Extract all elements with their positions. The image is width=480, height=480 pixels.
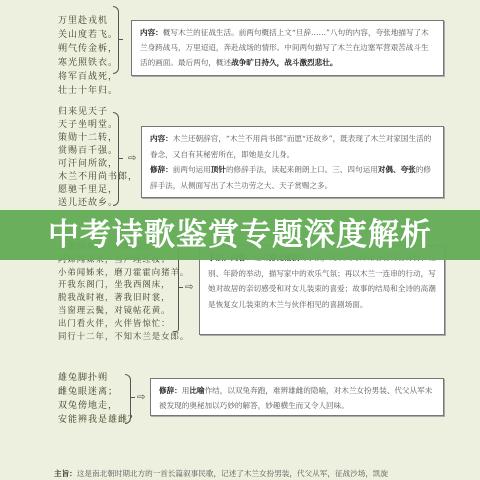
note-emphasis: 顶针 <box>211 165 226 174</box>
note-label: 修辞： <box>159 386 182 395</box>
arrow-icon: ⇨ <box>128 154 136 164</box>
note-box-4: 修辞：用比喻作结，以双兔奔跑，难辨雄雌的隐喻，对木兰女扮男装、代父从军未被发现的… <box>150 378 444 416</box>
brace-tip-4 <box>131 397 135 398</box>
brace-tip-1 <box>119 39 123 40</box>
note-text: 的修辞手法，读起来朗朗上口。三、四句运用 <box>226 165 378 174</box>
poem-line: 脱我战时袍，著我旧时裳， <box>58 291 189 304</box>
note-text: 木兰还朝辞官，“木兰不用尚书郎”而愿“还故乡”，既表现了木兰对家国生活的眷念，又… <box>150 134 431 159</box>
note-emphasis: 对偶、夸张 <box>378 165 416 174</box>
arrow-icon: ⇨ <box>137 393 145 403</box>
poem-line: 赏赐百千强。 <box>58 145 138 158</box>
poem-line: 天子坐明堂。 <box>58 119 138 132</box>
poem-line: 朔气传金柝， <box>58 42 118 56</box>
brace-tip-3 <box>179 287 183 288</box>
poem-line: 木兰不用尚书郎， <box>58 171 138 184</box>
footer-text: 这是南北朝时期北方的一首长篇叙事民歌，记述了木兰女扮男装，代父从军，征战沙场，凯… <box>77 469 388 478</box>
poem-line: 将军百战死， <box>58 70 118 84</box>
note-text: 前两句运用 <box>173 165 211 174</box>
poem-line: 出门看火伴，火伴皆惊忙： <box>58 317 189 330</box>
arrow-icon: ⇨ <box>185 283 193 293</box>
note-label: 内容： <box>140 28 163 37</box>
poem-line: 同行十二年，不知木兰是女郎。 <box>58 330 189 343</box>
poem-line: 小弟闻姊来，磨刀霍霍向猪羊。 <box>58 266 189 279</box>
poem-stanza-1: 万里赴戎机 关山度若飞。 朔气传金柝， 寒光照铁衣。 将军百战死， 壮士十年归。 <box>58 14 118 98</box>
poem-line: 送儿还故乡。 <box>58 197 138 210</box>
poem-line: 归来见天子 <box>58 106 138 119</box>
brace-4 <box>125 374 131 424</box>
footer-label: 主旨： <box>54 469 77 478</box>
note-label: 内容： <box>150 134 173 143</box>
note-emphasis: 比喻 <box>189 386 204 395</box>
note-label: 修辞： <box>150 165 173 174</box>
poem-line: 愿驰千里足， <box>58 184 138 197</box>
note-box-1: 内容：概写木兰的征战生活。前两句概括上文“旦辞……”八句的内容，夸张地描写了木兰… <box>131 20 444 76</box>
poem-line: 可汗问所欲， <box>58 158 138 171</box>
poem-line: 策勋十二转， <box>58 132 138 145</box>
note-box-2: 内容：木兰还朝辞官，“木兰不用尚书郎”而愿“还故乡”，既表现了木兰对家国生活的眷… <box>141 126 444 198</box>
brace-1 <box>113 6 119 74</box>
poem-line: 开我东阁门，坐我西阁床， <box>58 278 189 291</box>
poem-line: 壮士十年归。 <box>58 84 118 98</box>
poem-line: 万里赴戎机 <box>58 14 118 28</box>
note-emphasis: 战争旷日持久，战斗激烈悲壮。 <box>231 58 337 67</box>
poem-line: 寒光照铁衣。 <box>58 56 118 70</box>
poem-stanza-2: 归来见天子 天子坐明堂。 策勋十二转， 赏赐百千强。 可汗问所欲， 木兰不用尚书… <box>58 106 138 210</box>
poem-line: 关山度若飞。 <box>58 28 118 42</box>
banner-title: 中考诗歌鉴赏专题深度解析 <box>0 212 480 258</box>
brace-tip-2 <box>119 158 123 159</box>
theme-summary: 主旨：这是南北朝时期北方的一首长篇叙事民歌，记述了木兰女扮男装，代父从军，征战沙… <box>54 468 388 480</box>
poem-line: 当窗理云鬓，对镜帖花黄。 <box>58 304 189 317</box>
brace-2 <box>113 112 119 206</box>
